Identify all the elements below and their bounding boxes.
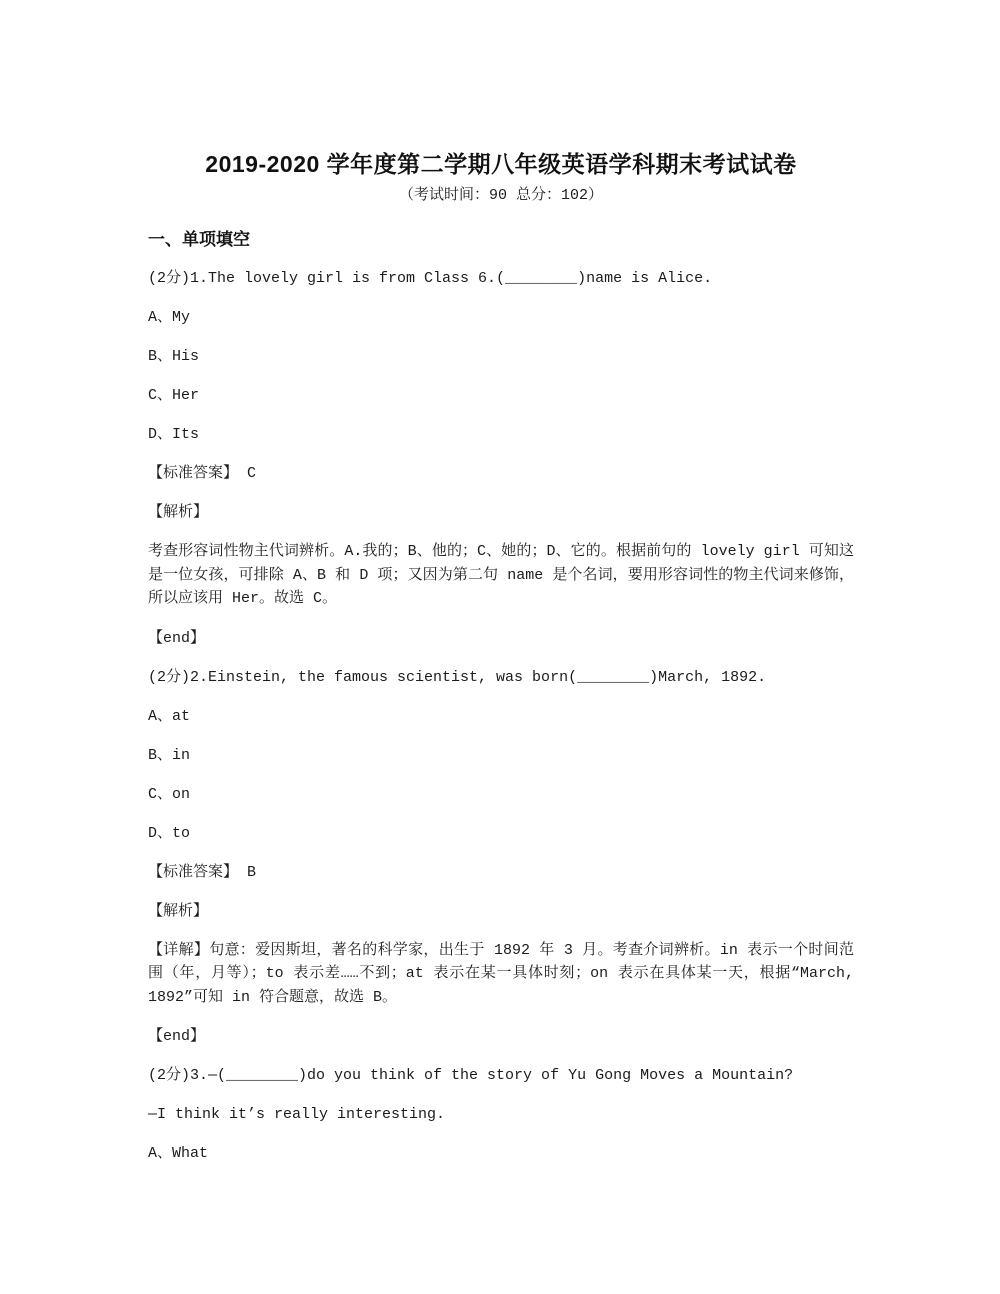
question-3-stem-line2: —I think it’s really interesting. bbox=[148, 1103, 854, 1126]
question-1-option-a: A、My bbox=[148, 306, 854, 329]
question-3-stem: (2分)3.—(________)do you think of the sto… bbox=[148, 1064, 854, 1087]
answer-label: 【标准答案】 bbox=[148, 864, 238, 881]
question-2-answer-line: 【标准答案】 B bbox=[148, 861, 854, 884]
question-2-option-a: A、at bbox=[148, 705, 854, 728]
question-1-stem: (2分)1.The lovely girl is from Class 6.(_… bbox=[148, 267, 854, 290]
section-heading: 一、单项填空 bbox=[148, 228, 854, 252]
document-content: 2019-2020 学年度第二学期八年级英语学科期末考试试卷 （考试时间：90 … bbox=[0, 0, 1000, 1165]
exam-document-page: 2019-2020 学年度第二学期八年级英语学科期末考试试卷 （考试时间：90 … bbox=[0, 0, 1000, 1294]
question-1-option-b: B、His bbox=[148, 345, 854, 368]
question-1-answer-line: 【标准答案】 C bbox=[148, 462, 854, 485]
question-2-end-marker: 【end】 bbox=[148, 1025, 854, 1048]
question-2-analysis-text: 【详解】句意：爱因斯坦，著名的科学家，出生于 1892 年 3 月。考查介词辨析… bbox=[148, 939, 854, 1010]
question-block-3: (2分)3.—(________)do you think of the sto… bbox=[148, 1064, 854, 1165]
question-2-option-d: D、to bbox=[148, 822, 854, 845]
page-title: 2019-2020 学年度第二学期八年级英语学科期末考试试卷 bbox=[148, 150, 854, 178]
question-2-option-b: B、in bbox=[148, 744, 854, 767]
answer-label: 【标准答案】 bbox=[148, 465, 238, 482]
question-1-end-marker: 【end】 bbox=[148, 627, 854, 650]
question-2-analysis-heading: 【解析】 bbox=[148, 900, 854, 923]
answer-value: B bbox=[247, 864, 256, 881]
question-1-option-c: C、Her bbox=[148, 384, 854, 407]
exam-meta-subtitle: （考试时间：90 总分：102） bbox=[148, 186, 854, 206]
question-2-option-c: C、on bbox=[148, 783, 854, 806]
answer-value: C bbox=[247, 465, 256, 482]
question-block-2: (2分)2.Einstein, the famous scientist, wa… bbox=[148, 666, 854, 1049]
question-1-option-d: D、Its bbox=[148, 423, 854, 446]
question-3-option-a: A、What bbox=[148, 1142, 854, 1165]
question-block-1: (2分)1.The lovely girl is from Class 6.(_… bbox=[148, 267, 854, 650]
question-1-analysis-heading: 【解析】 bbox=[148, 501, 854, 524]
question-1-analysis-text: 考查形容词性物主代词辨析。A.我的；B、他的；C、她的；D、它的。根据前句的 l… bbox=[148, 540, 854, 611]
question-2-stem: (2分)2.Einstein, the famous scientist, wa… bbox=[148, 666, 854, 689]
